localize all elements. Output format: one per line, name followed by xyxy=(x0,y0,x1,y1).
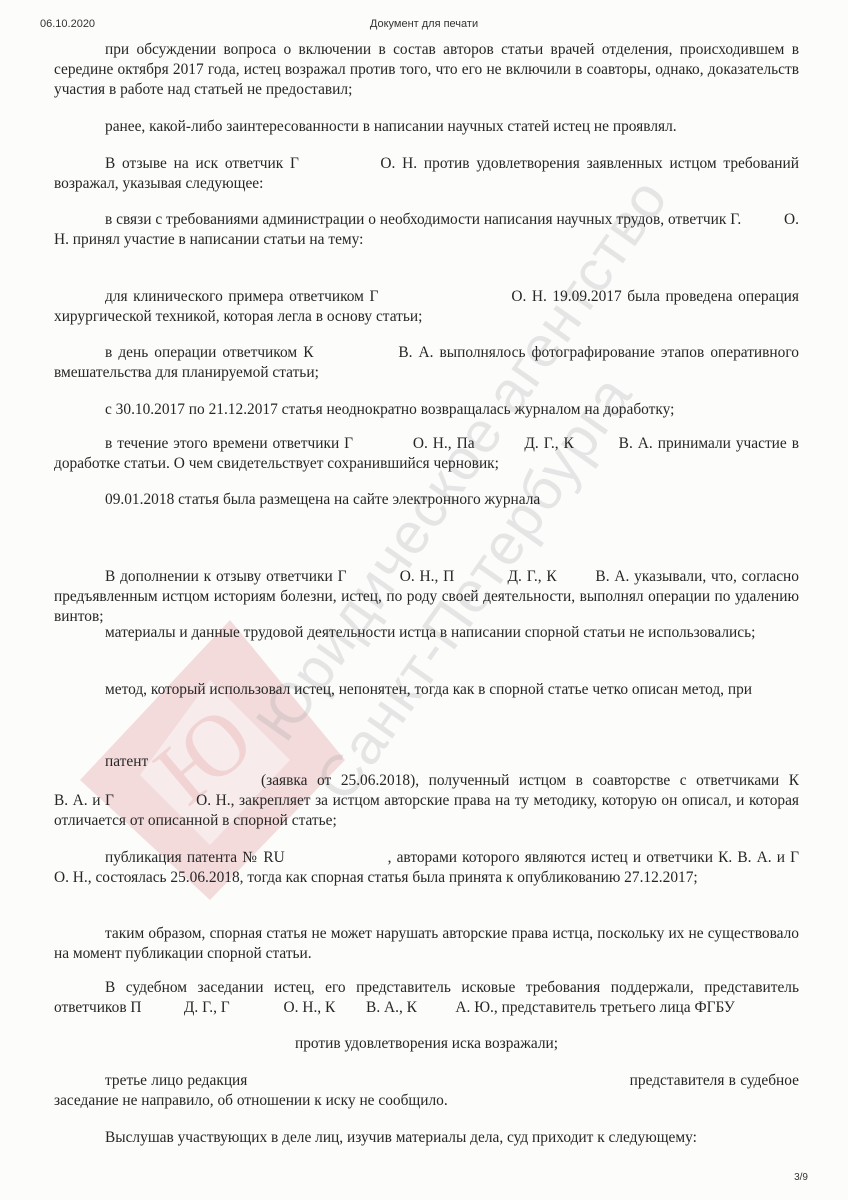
paragraph: метод, который использовал истец, непоня… xyxy=(54,680,799,700)
paragraph: В дополнении к отзыву ответчики Г О. Н.,… xyxy=(54,567,799,627)
page-number: 3/9 xyxy=(794,1172,808,1183)
paragraph: в день операции ответчиком К В. А. выпол… xyxy=(54,343,799,383)
paragraph: Выслушав участвующих в деле лиц, изучив … xyxy=(54,1128,799,1148)
paragraph: при обсуждении вопроса о включении в сос… xyxy=(54,40,799,100)
paragraph: третье лицо редакция представителя в суд… xyxy=(54,1071,799,1111)
document-header-title: Документ для печати xyxy=(0,18,848,30)
paragraph: таким образом, спорная статья не может н… xyxy=(54,924,799,964)
paragraph: В отзыве на иск ответчик Г О. Н. против … xyxy=(54,154,799,194)
paragraph: материалы и данные трудовой деятельности… xyxy=(54,623,799,643)
paragraph: в течение этого времени ответчики Г О. Н… xyxy=(54,434,799,474)
paragraph: 09.01.2018 статья была размещена на сайт… xyxy=(54,490,799,510)
paragraph: в связи с требованиями администрации о н… xyxy=(54,210,799,250)
paragraph: В судебном заседании истец, его представ… xyxy=(54,978,799,1018)
paragraph: с 30.10.2017 по 21.12.2017 статья неодно… xyxy=(54,400,799,420)
paragraph: ранее, какой-либо заинтересованности в н… xyxy=(54,117,799,137)
paragraph: для клинического примера ответчиком Г О.… xyxy=(54,287,799,327)
paragraph: патент xyxy=(54,752,799,772)
paragraph: (заявка от 25.06.2018), полученный истцо… xyxy=(54,771,799,831)
paragraph: против удовлетворения иска возражали; xyxy=(54,1034,799,1054)
paragraph: публикация патента № RU , авторами котор… xyxy=(54,848,799,888)
